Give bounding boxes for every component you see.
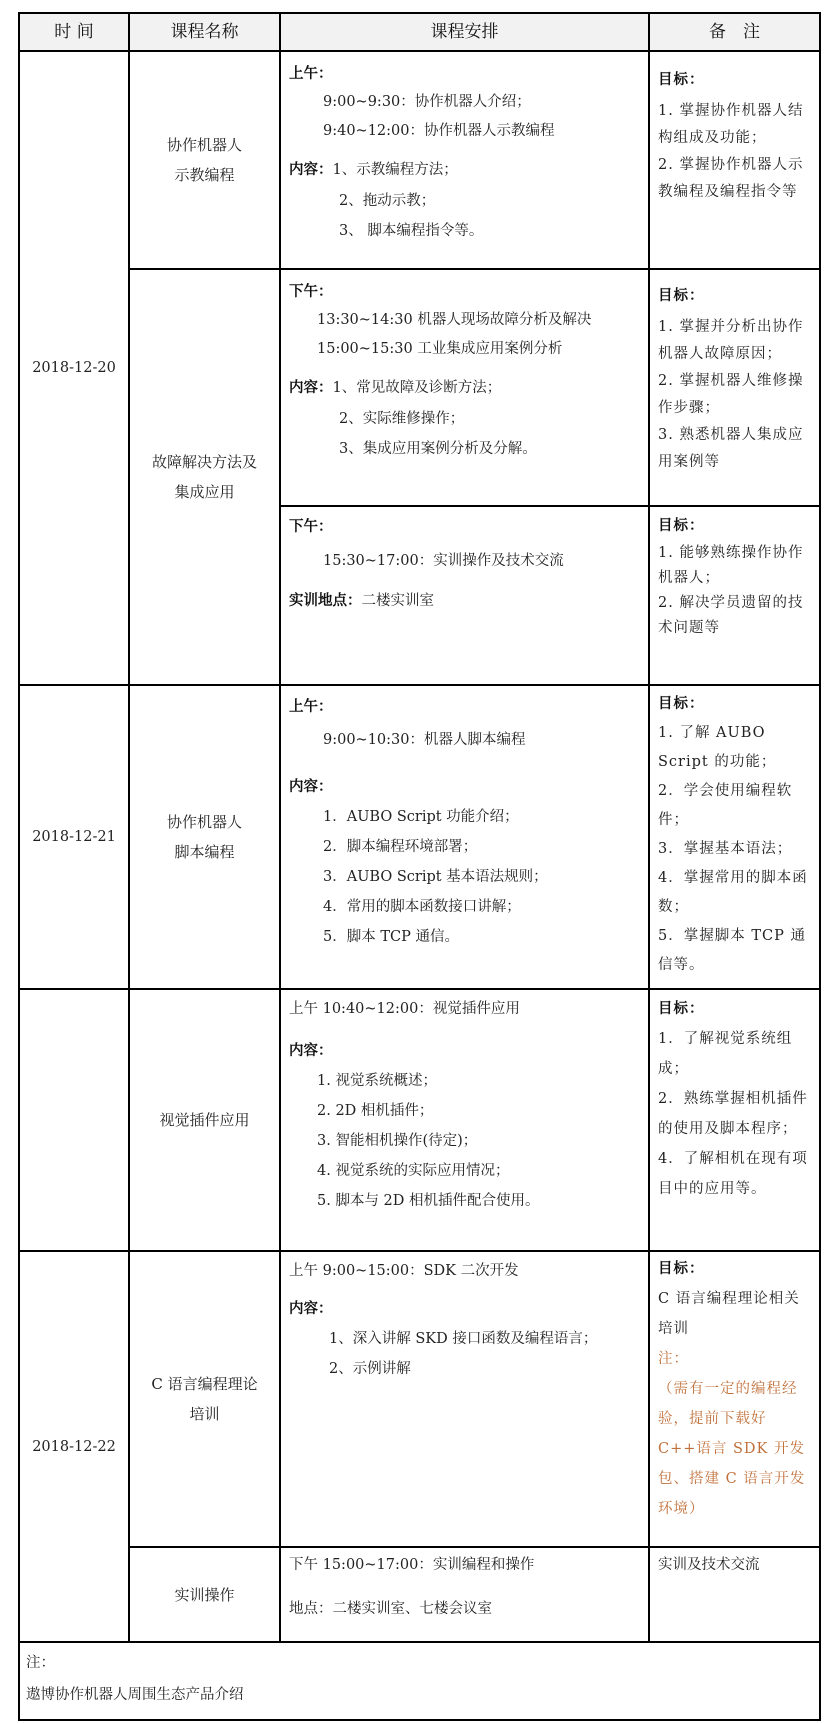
time-slot: 13:30~14:30 机器人现场故障分析及解决 (289, 304, 640, 336)
schedule-cell: 上午： 9:00~10:30：机器人脚本编程 内容： 1．AUBO Script… (280, 685, 649, 989)
time-slot: 9:00~9:30：协作机器人介绍； (289, 86, 640, 118)
table-row: 2018-12-20 协作机器人 示教编程 上午： 9:00~9:30：协作机器… (19, 51, 820, 269)
course-name-line: 视觉插件应用 (144, 1105, 265, 1135)
remark-text: 实训及技术交流 (658, 1550, 811, 1580)
goal-item: 3. 熟悉机器人集成应用案例等 (658, 422, 811, 476)
content-item: 1. 视觉系统概述； (289, 1066, 640, 1096)
footer-text: 遨博协作机器人周围生态产品介绍 (26, 1677, 813, 1713)
content-item: 3、集成应用案例分析及分解。 (289, 434, 640, 464)
course-name-cell: 视觉插件应用 (129, 989, 280, 1251)
goal-item: 1. 了解 AUBO Script 的功能； (658, 719, 811, 777)
header-remark: 备 注 (649, 13, 820, 51)
remark-cell: 目标： 1. 掌握并分析出协作机器人故障原因； 2. 掌握机器人维修操作步骤； … (649, 269, 820, 506)
course-name-cell: 故障解决方法及 集成应用 (129, 269, 280, 685)
time-slot: 15:30~17:00：实训操作及技术交流 (289, 539, 640, 583)
goal-item: C 语言编程理论相关培训 (658, 1284, 811, 1344)
content-item: 5. 脚本与 2D 相机插件配合使用。 (289, 1186, 640, 1216)
course-name-cell: 协作机器人 示教编程 (129, 51, 280, 269)
content-item: 1、深入讲解 SKD 接口函数及编程语言； (289, 1324, 640, 1354)
location-label: 实训地点： (289, 593, 362, 609)
content-label: 内容： (289, 380, 333, 396)
remark-cell: 实训及技术交流 (649, 1547, 820, 1642)
note-label: 注： (658, 1344, 811, 1374)
period-line: 上午 10:40~12:00：视觉插件应用 (289, 994, 640, 1024)
goal-item: 2．熟练掌握相机插件的使用及脚本程序； (658, 1084, 811, 1144)
course-name-cell: 协作机器人 脚本编程 (129, 685, 280, 989)
time-slot: 9:00~10:30：机器人脚本编程 (289, 722, 640, 758)
content-item: 4. 视觉系统的实际应用情况； (289, 1156, 640, 1186)
period-label: 下午： (289, 515, 640, 539)
table-row: 2018-12-22 C 语言编程理论 培训 上午 9:00~15:00：SDK… (19, 1251, 820, 1547)
course-name-line: 协作机器人 (144, 807, 265, 837)
course-name-line: 故障解决方法及 (144, 447, 265, 477)
training-schedule-table: 时 间 课程名称 课程安排 备 注 2018-12-20 协作机器人 示教编程 … (18, 12, 821, 1721)
schedule-cell: 下午： 13:30~14:30 机器人现场故障分析及解决 15:00~15:30… (280, 269, 649, 506)
content-label: 内容： (289, 162, 333, 178)
course-name-line: 集成应用 (144, 477, 265, 507)
goal-label: 目标： (658, 511, 811, 541)
footer-row: 注： 遨博协作机器人周围生态产品介绍 (19, 1642, 820, 1720)
time-slot: 15:00~15:30 工业集成应用案例分析 (289, 336, 640, 362)
course-name-cell: 实训操作 (129, 1547, 280, 1642)
header-course: 课程名称 (129, 13, 280, 51)
header-schedule: 课程安排 (280, 13, 649, 51)
course-name-line: 实训操作 (144, 1580, 265, 1610)
goal-label: 目标： (658, 1254, 811, 1284)
footer-label: 注： (26, 1649, 813, 1677)
goal-item: 1. 掌握并分析出协作机器人故障原因； (658, 314, 811, 368)
content-label: 内容： (289, 1294, 640, 1324)
course-name-cell: C 语言编程理论 培训 (129, 1251, 280, 1547)
date-cell-empty (19, 989, 129, 1251)
table-row: 故障解决方法及 集成应用 下午： 13:30~14:30 机器人现场故障分析及解… (19, 269, 820, 506)
content-item: 5．脚本 TCP 通信。 (289, 922, 640, 952)
period-line: 下午 15:00~17:00：实训编程和操作 (289, 1550, 640, 1580)
content-item: 3．AUBO Script 基本语法规则； (289, 862, 640, 892)
goal-item: 1. 能够熟练操作协作机器人； (658, 541, 811, 591)
location-line: 地点：二楼实训室、七楼会议室 (289, 1594, 640, 1624)
footer-cell: 注： 遨博协作机器人周围生态产品介绍 (19, 1642, 820, 1720)
content-item: 2. 2D 相机插件； (289, 1096, 640, 1126)
goal-item: 1．了解视觉系统组成； (658, 1024, 811, 1084)
table-row: 实训操作 下午 15:00~17:00：实训编程和操作 地点：二楼实训室、七楼会… (19, 1547, 820, 1642)
remark-cell: 目标： 1. 掌握协作机器人结构组成及功能； 2. 掌握协作机器人示教编程及编程… (649, 51, 820, 269)
content-item: 2．脚本编程环境部署； (289, 832, 640, 862)
schedule-cell: 下午 15:00~17:00：实训编程和操作 地点：二楼实训室、七楼会议室 (280, 1547, 649, 1642)
content-label: 内容： (289, 1036, 640, 1066)
date-cell: 2018-12-20 (19, 51, 129, 685)
header-row: 时 间 课程名称 课程安排 备 注 (19, 13, 820, 51)
date-cell: 2018-12-22 (19, 1251, 129, 1642)
content-item: 1、常见故障及诊断方法； (333, 380, 502, 396)
course-name-line: 协作机器人 (144, 130, 265, 160)
content-label: 内容： (289, 772, 640, 802)
schedule-cell: 上午： 9:00~9:30：协作机器人介绍； 9:40~12:00：协作机器人示… (280, 51, 649, 269)
goal-item: 4．掌握常用的脚本函数； (658, 864, 811, 922)
goal-label: 目标： (658, 994, 811, 1024)
header-time: 时 间 (19, 13, 129, 51)
content-item: 2、实际维修操作； (289, 404, 640, 434)
schedule-cell: 上午 9:00~15:00：SDK 二次开发 内容： 1、深入讲解 SKD 接口… (280, 1251, 649, 1547)
goal-item: 1. 掌握协作机器人结构组成及功能； (658, 98, 811, 152)
schedule-cell: 上午 10:40~12:00：视觉插件应用 内容： 1. 视觉系统概述； 2. … (280, 989, 649, 1251)
date-cell: 2018-12-21 (19, 685, 129, 989)
remark-cell: 目标： 1．了解视觉系统组成； 2．熟练掌握相机插件的使用及脚本程序； 4．了解… (649, 989, 820, 1251)
goal-label: 目标： (658, 62, 811, 98)
period-label: 上午： (289, 692, 640, 722)
table-row: 视觉插件应用 上午 10:40~12:00：视觉插件应用 内容： 1. 视觉系统… (19, 989, 820, 1251)
location-value: 二楼实训室 (362, 593, 435, 609)
table-row: 2018-12-21 协作机器人 脚本编程 上午： 9:00~10:30：机器人… (19, 685, 820, 989)
period-line: 上午 9:00~15:00：SDK 二次开发 (289, 1256, 640, 1286)
goal-item: 5．掌握脚本 TCP 通信等。 (658, 922, 811, 980)
content-item: 3、 脚本编程指令等。 (289, 216, 640, 246)
goal-item: 2. 解决学员遗留的技术问题等 (658, 591, 811, 641)
schedule-cell: 下午： 15:30~17:00：实训操作及技术交流 实训地点：二楼实训室 (280, 506, 649, 685)
goal-label: 目标： (658, 278, 811, 314)
course-name-line: 脚本编程 (144, 837, 265, 867)
content-item: 2、示例讲解 (289, 1354, 640, 1384)
content-item: 1．AUBO Script 功能介绍； (289, 802, 640, 832)
goal-item: 3．掌握基本语法； (658, 835, 811, 864)
remark-cell: 目标： C 语言编程理论相关培训 注： （需有一定的编程经验，提前下载好 C++… (649, 1251, 820, 1547)
course-name-line: C 语言编程理论 (144, 1369, 265, 1399)
goal-item: 4．了解相机在现有项目中的应用等。 (658, 1144, 811, 1204)
content-item: 3. 智能相机操作(待定)； (289, 1126, 640, 1156)
goal-item: 2. 掌握机器人维修操作步骤； (658, 368, 811, 422)
remark-cell: 目标： 1. 了解 AUBO Script 的功能； 2．学会使用编程软件； 3… (649, 685, 820, 989)
time-slot: 9:40~12:00：协作机器人示教编程 (289, 118, 640, 144)
goal-item: 2. 掌握协作机器人示教编程及编程指令等 (658, 152, 811, 206)
content-item: 2、拖动示教； (289, 186, 640, 216)
period-label: 下午： (289, 280, 640, 304)
content-item: 1、示教编程方法； (333, 162, 458, 178)
goal-item: 2．学会使用编程软件； (658, 777, 811, 835)
course-name-line: 示教编程 (144, 160, 265, 190)
course-name-line: 培训 (144, 1399, 265, 1429)
note-text: （需有一定的编程经验，提前下载好 C++语言 SDK 开发包、搭建 C 语言开发… (658, 1374, 811, 1524)
goal-label: 目标： (658, 690, 811, 719)
remark-cell: 目标： 1. 能够熟练操作协作机器人； 2. 解决学员遗留的技术问题等 (649, 506, 820, 685)
period-label: 上午： (289, 62, 640, 86)
content-item: 4．常用的脚本函数接口讲解； (289, 892, 640, 922)
